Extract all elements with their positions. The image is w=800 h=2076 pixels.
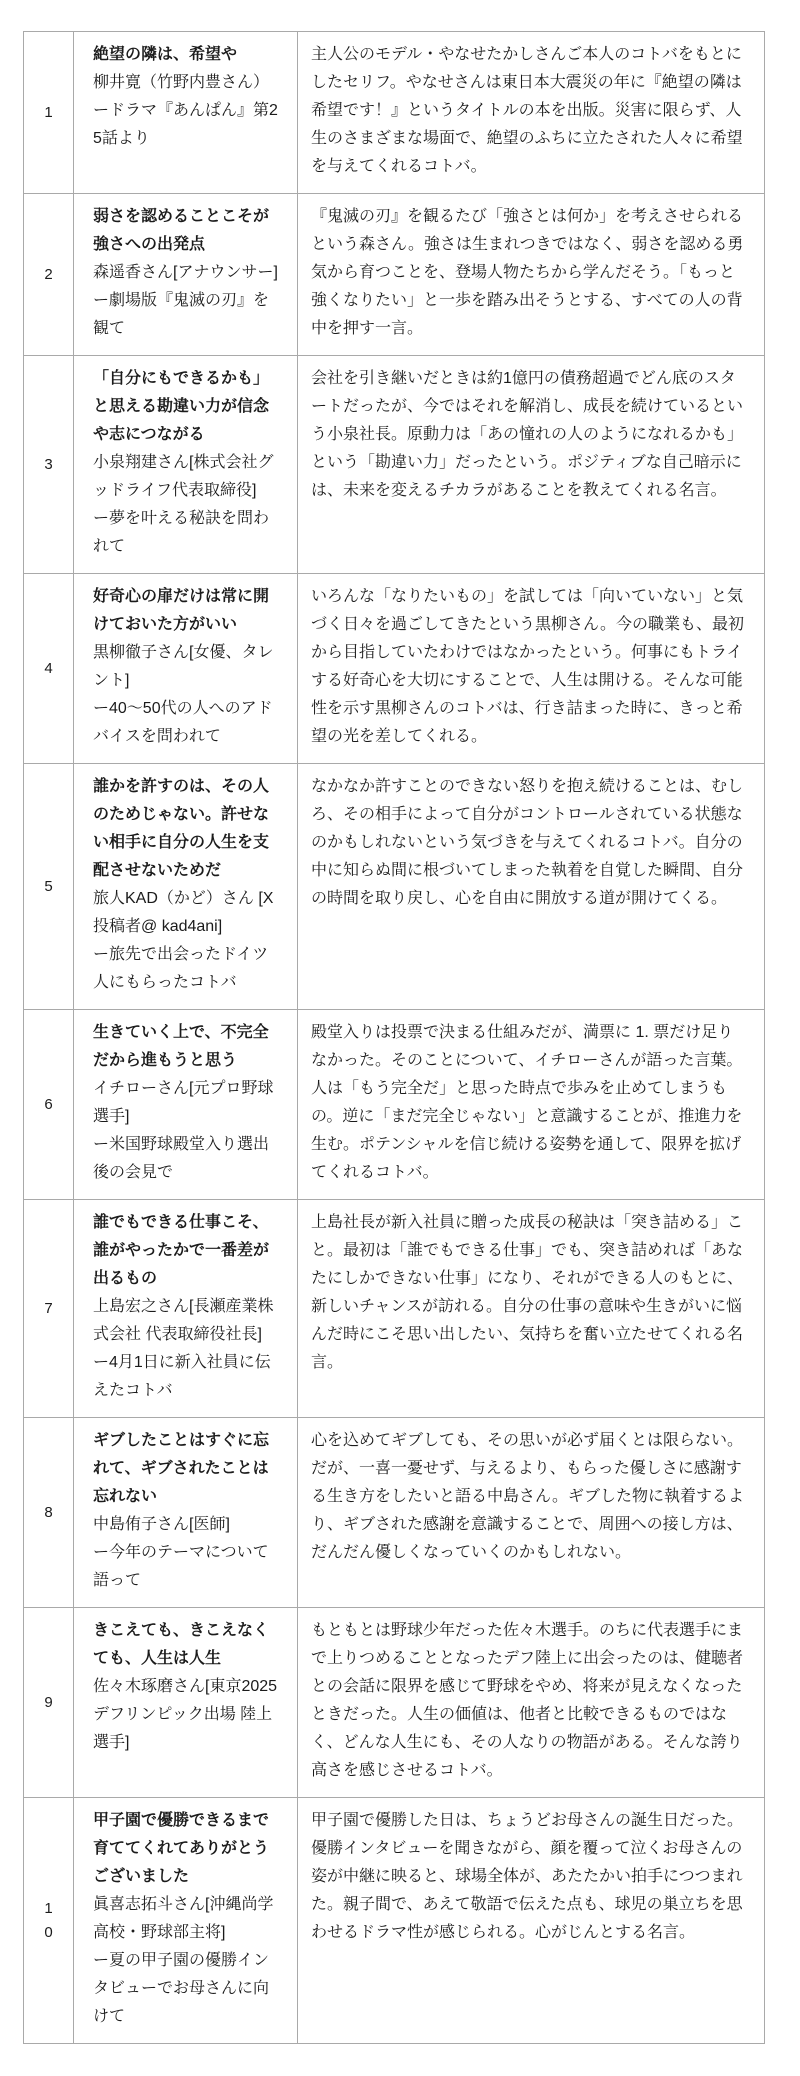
row-number: 1 bbox=[42, 101, 56, 125]
quotes-table-body: 1 絶望の隣は、希望や 柳井寛（竹野内豊さん） ードラマ『あんぱん』第25話より… bbox=[24, 32, 765, 2044]
description-text: いろんな「なりたいもの」を試しては「向いていない」と気づく日々を過ごしてきたとい… bbox=[311, 583, 746, 751]
quote-author: 中島侑子さん[医師] bbox=[93, 1511, 281, 1539]
document-page: 1 絶望の隣は、希望や 柳井寛（竹野内豊さん） ードラマ『あんぱん』第25話より… bbox=[0, 0, 800, 2076]
table-row: 7 誰でもできる仕事こそ、誰がやったかで一番差が出るもの 上島宏之さん[長瀬産業… bbox=[24, 1200, 765, 1418]
quote-author: 黒柳徹子さん[女優、タレント] bbox=[93, 639, 281, 695]
row-number-cell: 1 bbox=[24, 32, 74, 194]
quote-source: ー劇場版『鬼滅の刃』を観て bbox=[93, 287, 281, 343]
row-number: 3 bbox=[42, 453, 56, 477]
quote-source: ー40～50代の人へのアドバイスを問われて bbox=[93, 695, 281, 751]
quote-author: イチローさん[元プロ野球選手] bbox=[93, 1075, 281, 1131]
quote-source: ー米国野球殿堂入り選出後の会見で bbox=[93, 1131, 281, 1187]
quote-title: きこえても、きこえなくても、人生は人生 bbox=[93, 1617, 281, 1673]
quote-source: ードラマ『あんぱん』第25話より bbox=[93, 97, 281, 153]
quote-title: 生きていく上で、不完全だから進もうと思う bbox=[93, 1019, 281, 1075]
row-number-cell: 8 bbox=[24, 1418, 74, 1608]
row-number: 6 bbox=[42, 1093, 56, 1117]
row-number: 5 bbox=[42, 875, 56, 899]
description-cell: いろんな「なりたいもの」を試しては「向いていない」と気づく日々を過ごしてきたとい… bbox=[298, 574, 765, 764]
description-text: なかなか許すことのできない怒りを抱え続けることは、むしろ、その相手によって自分が… bbox=[311, 773, 746, 913]
quote-cell: 弱さを認めることこそが強さへの出発点 森遥香さん[アナウンサー] ー劇場版『鬼滅… bbox=[74, 194, 298, 356]
row-number-cell: 4 bbox=[24, 574, 74, 764]
table-row: 10 甲子園で優勝できるまで育ててくれてありがとうございました 眞喜志拓斗さん[… bbox=[24, 1798, 765, 2044]
row-number-cell: 3 bbox=[24, 356, 74, 574]
description-text: 主人公のモデル・やなせたかしさんご本人のコトバをもとにしたセリフ。やなせさんは東… bbox=[311, 41, 746, 181]
row-number-cell: 7 bbox=[24, 1200, 74, 1418]
quote-cell: 「自分にもできるかも」と思える勘違い力が信念や志につながる 小泉翔建さん[株式会… bbox=[74, 356, 298, 574]
table-row: 1 絶望の隣は、希望や 柳井寛（竹野内豊さん） ードラマ『あんぱん』第25話より… bbox=[24, 32, 765, 194]
quote-cell: 甲子園で優勝できるまで育ててくれてありがとうございました 眞喜志拓斗さん[沖縄尚… bbox=[74, 1798, 298, 2044]
description-text: 殿堂入りは投票で決まる仕組みだが、満票に 1. 票だけ足りなかった。そのことにつ… bbox=[311, 1019, 746, 1187]
description-text: もともとは野球少年だった佐々木選手。のちに代表選手にまで上りつめることとなったデ… bbox=[311, 1617, 746, 1785]
quote-title: 絶望の隣は、希望や bbox=[93, 41, 281, 69]
quote-author: 上島宏之さん[長瀬産業株式会社 代表取締役社長] bbox=[93, 1293, 281, 1349]
table-row: 5 誰かを許すのは、その人のためじゃない。許せない相手に自分の人生を支配させない… bbox=[24, 764, 765, 1010]
quote-title: 「自分にもできるかも」と思える勘違い力が信念や志につながる bbox=[93, 365, 281, 449]
table-row: 9 きこえても、きこえなくても、人生は人生 佐々木琢磨さん[東京2025デフリン… bbox=[24, 1608, 765, 1798]
quote-source: ー4月1日に新入社員に伝えたコトバ bbox=[93, 1349, 281, 1405]
quote-cell: 誰でもできる仕事こそ、誰がやったかで一番差が出るもの 上島宏之さん[長瀬産業株式… bbox=[74, 1200, 298, 1418]
quote-source: ー夢を叶える秘訣を問われて bbox=[93, 505, 281, 561]
quote-cell: 絶望の隣は、希望や 柳井寛（竹野内豊さん） ードラマ『あんぱん』第25話より bbox=[74, 32, 298, 194]
quote-title: 弱さを認めることこそが強さへの出発点 bbox=[93, 203, 281, 259]
row-number: 4 bbox=[42, 657, 56, 681]
quote-source: ー今年のテーマについて語って bbox=[93, 1539, 281, 1595]
quote-title: 甲子園で優勝できるまで育ててくれてありがとうございました bbox=[93, 1807, 281, 1891]
table-row: 8 ギブしたことはすぐに忘れて、ギブされたことは忘れない 中島侑子さん[医師] … bbox=[24, 1418, 765, 1608]
quote-author: 柳井寛（竹野内豊さん） bbox=[93, 69, 281, 97]
description-cell: 上島社長が新入社員に贈った成長の秘訣は「突き詰める」こと。最初は「誰でもできる仕… bbox=[298, 1200, 765, 1418]
quote-title: 誰でもできる仕事こそ、誰がやったかで一番差が出るもの bbox=[93, 1209, 281, 1293]
quote-author: 小泉翔建さん[株式会社グッドライフ代表取締役] bbox=[93, 449, 281, 505]
table-row: 6 生きていく上で、不完全だから進もうと思う イチローさん[元プロ野球選手] ー… bbox=[24, 1010, 765, 1200]
description-cell: 心を込めてギブしても、その思いが必ず届くとは限らない。だが、一喜一憂せず、与える… bbox=[298, 1418, 765, 1608]
description-cell: 『鬼滅の刃』を観るたび「強さとは何か」を考えさせられるという森さん。強さは生まれ… bbox=[298, 194, 765, 356]
quotes-table: 1 絶望の隣は、希望や 柳井寛（竹野内豊さん） ードラマ『あんぱん』第25話より… bbox=[23, 31, 765, 2044]
quote-cell: 生きていく上で、不完全だから進もうと思う イチローさん[元プロ野球選手] ー米国… bbox=[74, 1010, 298, 1200]
quote-cell: ギブしたことはすぐに忘れて、ギブされたことは忘れない 中島侑子さん[医師] ー今… bbox=[74, 1418, 298, 1608]
description-cell: もともとは野球少年だった佐々木選手。のちに代表選手にまで上りつめることとなったデ… bbox=[298, 1608, 765, 1798]
quote-source: ー夏の甲子園の優勝インタビューでお母さんに向けて bbox=[93, 1947, 281, 2031]
row-number-cell: 5 bbox=[24, 764, 74, 1010]
row-number: 10 bbox=[42, 1897, 56, 1945]
row-number-cell: 2 bbox=[24, 194, 74, 356]
description-text: 『鬼滅の刃』を観るたび「強さとは何か」を考えさせられるという森さん。強さは生まれ… bbox=[311, 203, 746, 343]
quote-author: 佐々木琢磨さん[東京2025デフリンピック出場 陸上選手] bbox=[93, 1673, 281, 1757]
description-text: 上島社長が新入社員に贈った成長の秘訣は「突き詰める」こと。最初は「誰でもできる仕… bbox=[311, 1209, 746, 1377]
quote-title: 誰かを許すのは、その人のためじゃない。許せない相手に自分の人生を支配させないため… bbox=[93, 773, 281, 885]
description-cell: 主人公のモデル・やなせたかしさんご本人のコトバをもとにしたセリフ。やなせさんは東… bbox=[298, 32, 765, 194]
quote-title: 好奇心の扉だけは常に開けておいた方がいい bbox=[93, 583, 281, 639]
description-text: 会社を引き継いだときは約1億円の債務超過でどん底のスタートだったが、今ではそれを… bbox=[311, 365, 746, 505]
row-number: 8 bbox=[42, 1501, 56, 1525]
quote-cell: 誰かを許すのは、その人のためじゃない。許せない相手に自分の人生を支配させないため… bbox=[74, 764, 298, 1010]
row-number-cell: 6 bbox=[24, 1010, 74, 1200]
quote-source: ー旅先で出会ったドイツ人にもらったコトバ bbox=[93, 941, 281, 997]
row-number: 7 bbox=[42, 1297, 56, 1321]
quote-cell: 好奇心の扉だけは常に開けておいた方がいい 黒柳徹子さん[女優、タレント] ー40… bbox=[74, 574, 298, 764]
quote-author: 旅人KAD（かど）さん [X投稿者@ kad4ani] bbox=[93, 885, 281, 941]
row-number-cell: 9 bbox=[24, 1608, 74, 1798]
quote-cell: きこえても、きこえなくても、人生は人生 佐々木琢磨さん[東京2025デフリンピッ… bbox=[74, 1608, 298, 1798]
quote-author: 森遥香さん[アナウンサー] bbox=[93, 259, 281, 287]
table-row: 2 弱さを認めることこそが強さへの出発点 森遥香さん[アナウンサー] ー劇場版『… bbox=[24, 194, 765, 356]
description-cell: なかなか許すことのできない怒りを抱え続けることは、むしろ、その相手によって自分が… bbox=[298, 764, 765, 1010]
table-row: 3 「自分にもできるかも」と思える勘違い力が信念や志につながる 小泉翔建さん[株… bbox=[24, 356, 765, 574]
description-cell: 殿堂入りは投票で決まる仕組みだが、満票に 1. 票だけ足りなかった。そのことにつ… bbox=[298, 1010, 765, 1200]
description-cell: 甲子園で優勝した日は、ちょうどお母さんの誕生日だった。優勝インタビューを聞きなが… bbox=[298, 1798, 765, 2044]
description-cell: 会社を引き継いだときは約1億円の債務超過でどん底のスタートだったが、今ではそれを… bbox=[298, 356, 765, 574]
quote-author: 眞喜志拓斗さん[沖縄尚学高校・野球部主将] bbox=[93, 1891, 281, 1947]
row-number: 9 bbox=[42, 1691, 56, 1715]
description-text: 心を込めてギブしても、その思いが必ず届くとは限らない。だが、一喜一憂せず、与える… bbox=[311, 1427, 746, 1567]
row-number-cell: 10 bbox=[24, 1798, 74, 2044]
quote-title: ギブしたことはすぐに忘れて、ギブされたことは忘れない bbox=[93, 1427, 281, 1511]
table-row: 4 好奇心の扉だけは常に開けておいた方がいい 黒柳徹子さん[女優、タレント] ー… bbox=[24, 574, 765, 764]
description-text: 甲子園で優勝した日は、ちょうどお母さんの誕生日だった。優勝インタビューを聞きなが… bbox=[311, 1807, 746, 1947]
row-number: 2 bbox=[42, 263, 56, 287]
